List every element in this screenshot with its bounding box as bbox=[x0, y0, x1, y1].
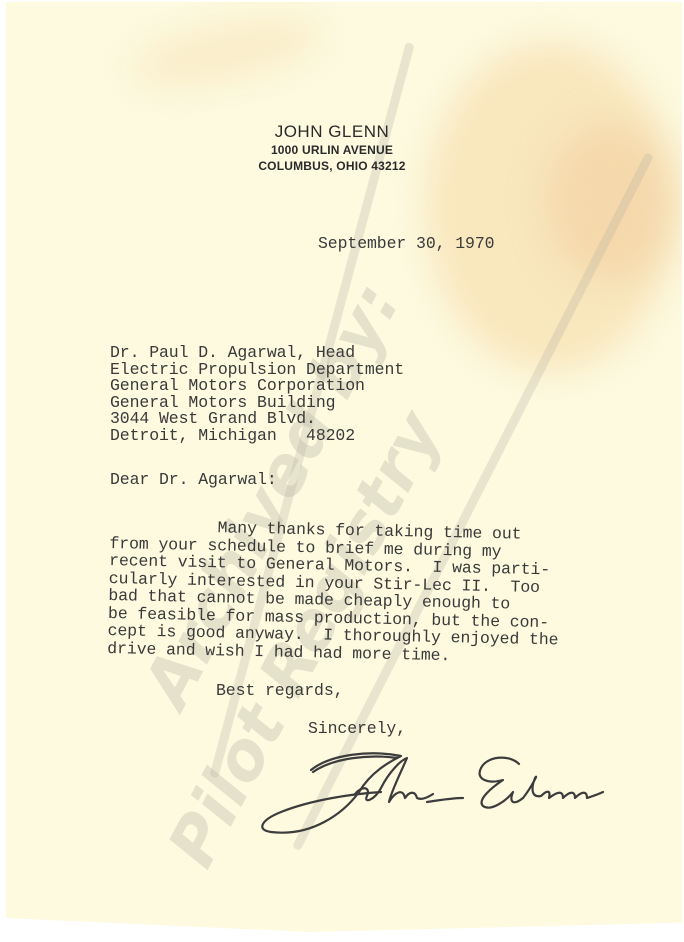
signature-icon bbox=[251, 742, 611, 842]
recipient-address: Dr. Paul D. Agarwal, HeadElectric Propul… bbox=[110, 345, 404, 444]
letter-paper: Archived by: Pilot Registry JOHN GLENN 1… bbox=[6, 2, 682, 932]
closing-sincerely: Sincerely, bbox=[308, 721, 406, 738]
letter-date: September 30, 1970 bbox=[318, 236, 494, 253]
letterhead-city: COLUMBUS, OHIO 43212 bbox=[242, 158, 422, 174]
letterhead-name: JOHN GLENN bbox=[242, 122, 422, 142]
salutation: Dear Dr. Agarwal: bbox=[110, 472, 277, 489]
paper-stain bbox=[546, 122, 676, 282]
paper-stain bbox=[122, 2, 330, 102]
letter-body: Many thanks for taking time outfrom your… bbox=[107, 518, 561, 667]
closing-best-regards: Best regards, bbox=[216, 683, 343, 700]
letterhead: JOHN GLENN 1000 URLIN AVENUE COLUMBUS, O… bbox=[242, 122, 422, 174]
letterhead-street: 1000 URLIN AVENUE bbox=[242, 142, 422, 158]
address-line: Detroit, Michigan 48202 bbox=[110, 428, 404, 445]
